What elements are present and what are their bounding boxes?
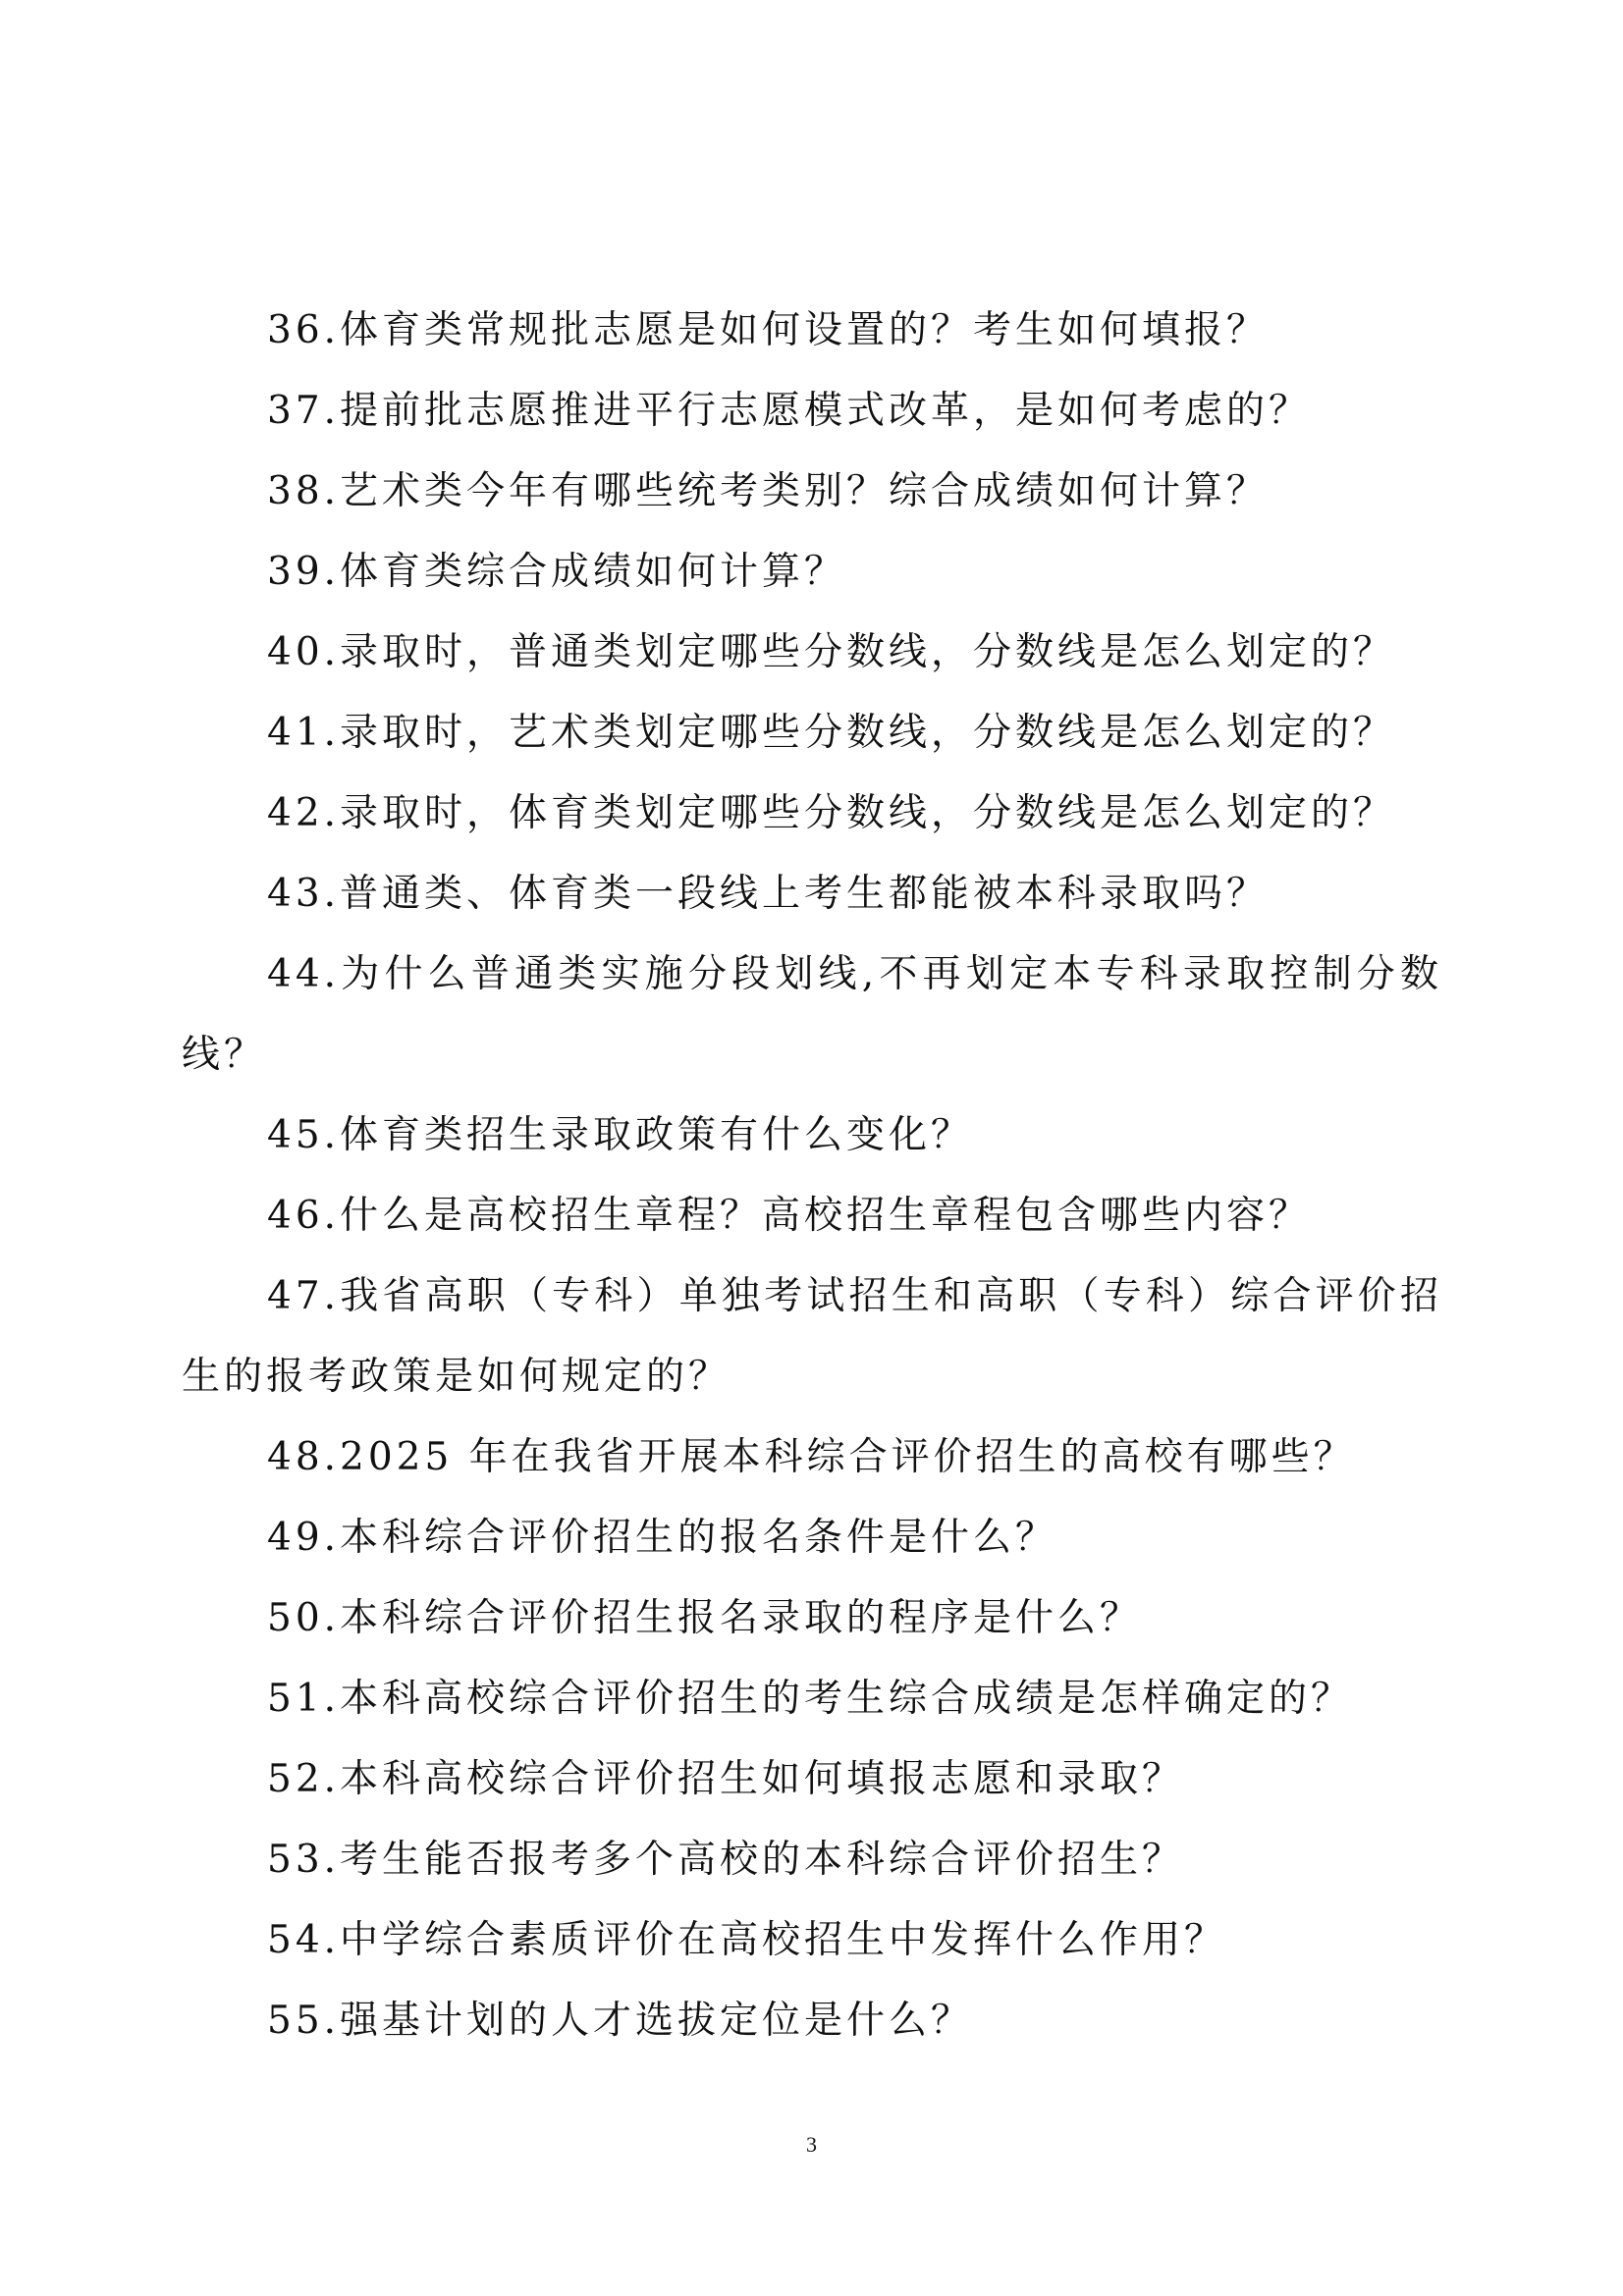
question-52: 52.本科高校综合评价招生如何填报志愿和录取？ bbox=[182, 1739, 1442, 1820]
question-37: 37.提前批志愿推进平行志愿模式改革，是如何考虑的？ bbox=[182, 371, 1442, 452]
document-page: 36.体育类常规批志愿是如何设置的？考生如何填报？ 37.提前批志愿推进平行志愿… bbox=[0, 0, 1623, 2296]
question-43: 43.普通类、体育类一段线上考生都能被本科录取吗？ bbox=[182, 854, 1442, 934]
question-38: 38.艺术类今年有哪些统考类别？综合成绩如何计算？ bbox=[182, 452, 1442, 532]
question-42: 42.录取时，体育类划定哪些分数线，分数线是怎么划定的？ bbox=[182, 774, 1442, 854]
question-44: 44.为什么普通类实施分段划线,不再划定本专科录取控制分数线？ bbox=[182, 934, 1442, 1095]
question-46: 46.什么是高校招生章程？高校招生章程包含哪些内容？ bbox=[182, 1176, 1442, 1256]
question-54: 54.中学综合素质评价在高校招生中发挥什么作用？ bbox=[182, 1900, 1442, 1981]
question-list: 36.体育类常规批志愿是如何设置的？考生如何填报？ 37.提前批志愿推进平行志愿… bbox=[182, 291, 1442, 2061]
question-48: 48.2025 年在我省开展本科综合评价招生的高校有哪些？ bbox=[182, 1417, 1442, 1498]
page-number: 3 bbox=[0, 2132, 1623, 2158]
question-55: 55.强基计划的人才选拔定位是什么？ bbox=[182, 1981, 1442, 2061]
question-51: 51.本科高校综合评价招生的考生综合成绩是怎样确定的？ bbox=[182, 1659, 1442, 1739]
question-53: 53.考生能否报考多个高校的本科综合评价招生？ bbox=[182, 1820, 1442, 1900]
question-50: 50.本科综合评价招生报名录取的程序是什么？ bbox=[182, 1578, 1442, 1659]
question-36: 36.体育类常规批志愿是如何设置的？考生如何填报？ bbox=[182, 291, 1442, 371]
question-40: 40.录取时，普通类划定哪些分数线，分数线是怎么划定的？ bbox=[182, 613, 1442, 693]
question-45: 45.体育类招生录取政策有什么变化？ bbox=[182, 1095, 1442, 1176]
question-49: 49.本科综合评价招生的报名条件是什么？ bbox=[182, 1498, 1442, 1578]
question-39: 39.体育类综合成绩如何计算？ bbox=[182, 532, 1442, 613]
question-47: 47.我省高职（专科）单独考试招生和高职（专科）综合评价招生的报考政策是如何规定… bbox=[182, 1256, 1442, 1417]
question-41: 41.录取时，艺术类划定哪些分数线，分数线是怎么划定的？ bbox=[182, 693, 1442, 774]
